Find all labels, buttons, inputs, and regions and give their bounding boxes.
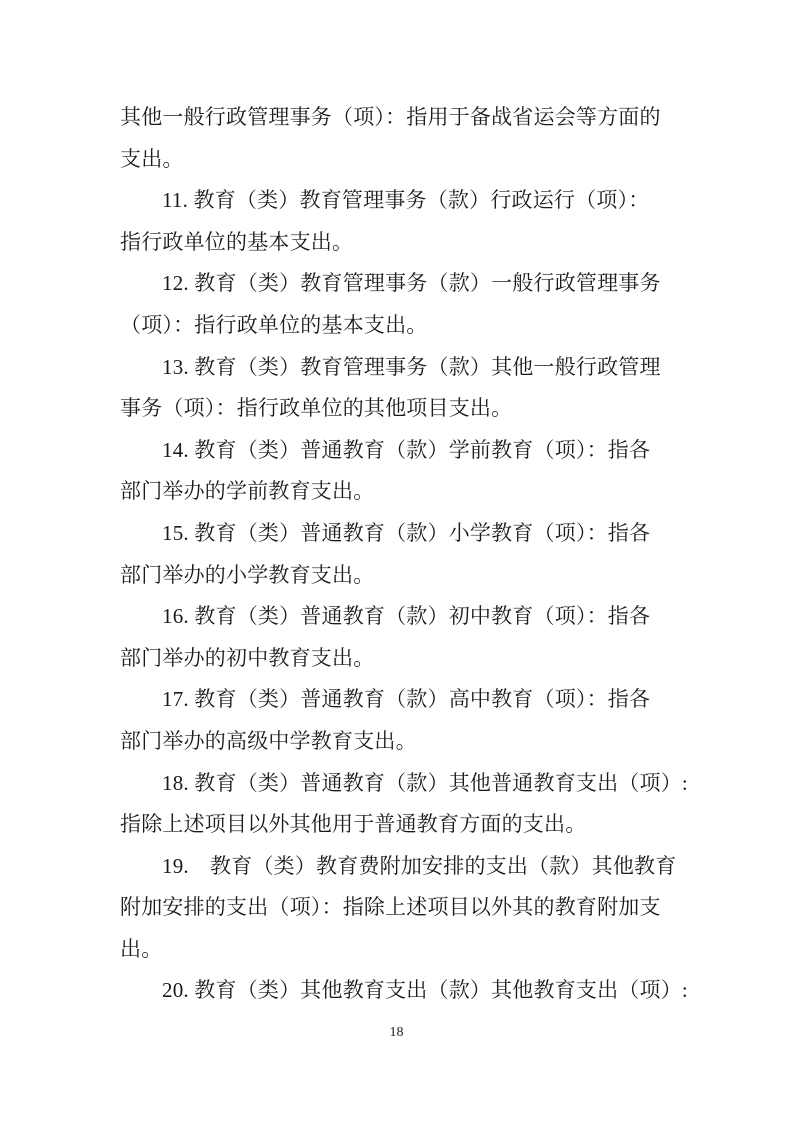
document-page: 其他一般行政管理事务（项）：指用于备战省运会等方面的支出。11. 教育（类）教育… <box>0 0 793 1122</box>
page-number: 18 <box>390 1025 404 1040</box>
paragraph: 17. 教育（类）普通教育（款）高中教育（项）：指各部门举办的高级中学教育支出。 <box>120 679 673 762</box>
paragraph: 11. 教育（类）教育管理事务（款）行政运行（项）：指行政单位的基本支出。 <box>120 180 673 263</box>
text-line: 14. 教育（类）普通教育（款）学前教育（项）：指各 <box>120 430 673 472</box>
text-line: 出。 <box>120 929 673 971</box>
text-line: 19. 教育（类）教育费附加安排的支出（款）其他教育 <box>120 846 673 888</box>
text-line: 部门举办的初中教育支出。 <box>120 638 673 680</box>
paragraph: 12. 教育（类）教育管理事务（款）一般行政管理事务（项）：指行政单位的基本支出… <box>120 263 673 346</box>
paragraph: 14. 教育（类）普通教育（款）学前教育（项）：指各部门举办的学前教育支出。 <box>120 430 673 513</box>
page-footer: 18 <box>0 1023 793 1043</box>
text-line: 11. 教育（类）教育管理事务（款）行政运行（项）： <box>120 180 673 222</box>
text-line: 18. 教育（类）普通教育（款）其他普通教育支出（项）: <box>120 763 673 805</box>
text-line: 部门举办的高级中学教育支出。 <box>120 721 673 763</box>
text-line: 16. 教育（类）普通教育（款）初中教育（项）：指各 <box>120 596 673 638</box>
paragraph: 20. 教育（类）其他教育支出（款）其他教育支出（项）: <box>120 970 673 1012</box>
text-line: （项）：指行政单位的基本支出。 <box>120 305 673 347</box>
page-content: 其他一般行政管理事务（项）：指用于备战省运会等方面的支出。11. 教育（类）教育… <box>120 97 673 1012</box>
text-line: 15. 教育（类）普通教育（款）小学教育（项）：指各 <box>120 513 673 555</box>
paragraph: 13. 教育（类）教育管理事务（款）其他一般行政管理事务（项）：指行政单位的其他… <box>120 347 673 430</box>
text-line: 部门举办的学前教育支出。 <box>120 471 673 513</box>
text-line: 20. 教育（类）其他教育支出（款）其他教育支出（项）: <box>120 970 673 1012</box>
text-line: 事务（项）：指行政单位的其他项目支出。 <box>120 388 673 430</box>
text-line: 其他一般行政管理事务（项）：指用于备战省运会等方面的 <box>120 97 673 139</box>
text-line: 12. 教育（类）教育管理事务（款）一般行政管理事务 <box>120 263 673 305</box>
text-line: 17. 教育（类）普通教育（款）高中教育（项）：指各 <box>120 679 673 721</box>
text-line: 指行政单位的基本支出。 <box>120 222 673 264</box>
paragraph: 19. 教育（类）教育费附加安排的支出（款）其他教育附加安排的支出（项）：指除上… <box>120 846 673 971</box>
text-line: 指除上述项目以外其他用于普通教育方面的支出。 <box>120 804 673 846</box>
text-line: 支出。 <box>120 139 673 181</box>
text-line: 附加安排的支出（项）：指除上述项目以外其的教育附加支 <box>120 887 673 929</box>
paragraph: 16. 教育（类）普通教育（款）初中教育（项）：指各部门举办的初中教育支出。 <box>120 596 673 679</box>
paragraph: 18. 教育（类）普通教育（款）其他普通教育支出（项）:指除上述项目以外其他用于… <box>120 763 673 846</box>
paragraph: 其他一般行政管理事务（项）：指用于备战省运会等方面的支出。 <box>120 97 673 180</box>
paragraph: 15. 教育（类）普通教育（款）小学教育（项）：指各部门举办的小学教育支出。 <box>120 513 673 596</box>
text-line: 部门举办的小学教育支出。 <box>120 555 673 597</box>
text-line: 13. 教育（类）教育管理事务（款）其他一般行政管理 <box>120 347 673 389</box>
